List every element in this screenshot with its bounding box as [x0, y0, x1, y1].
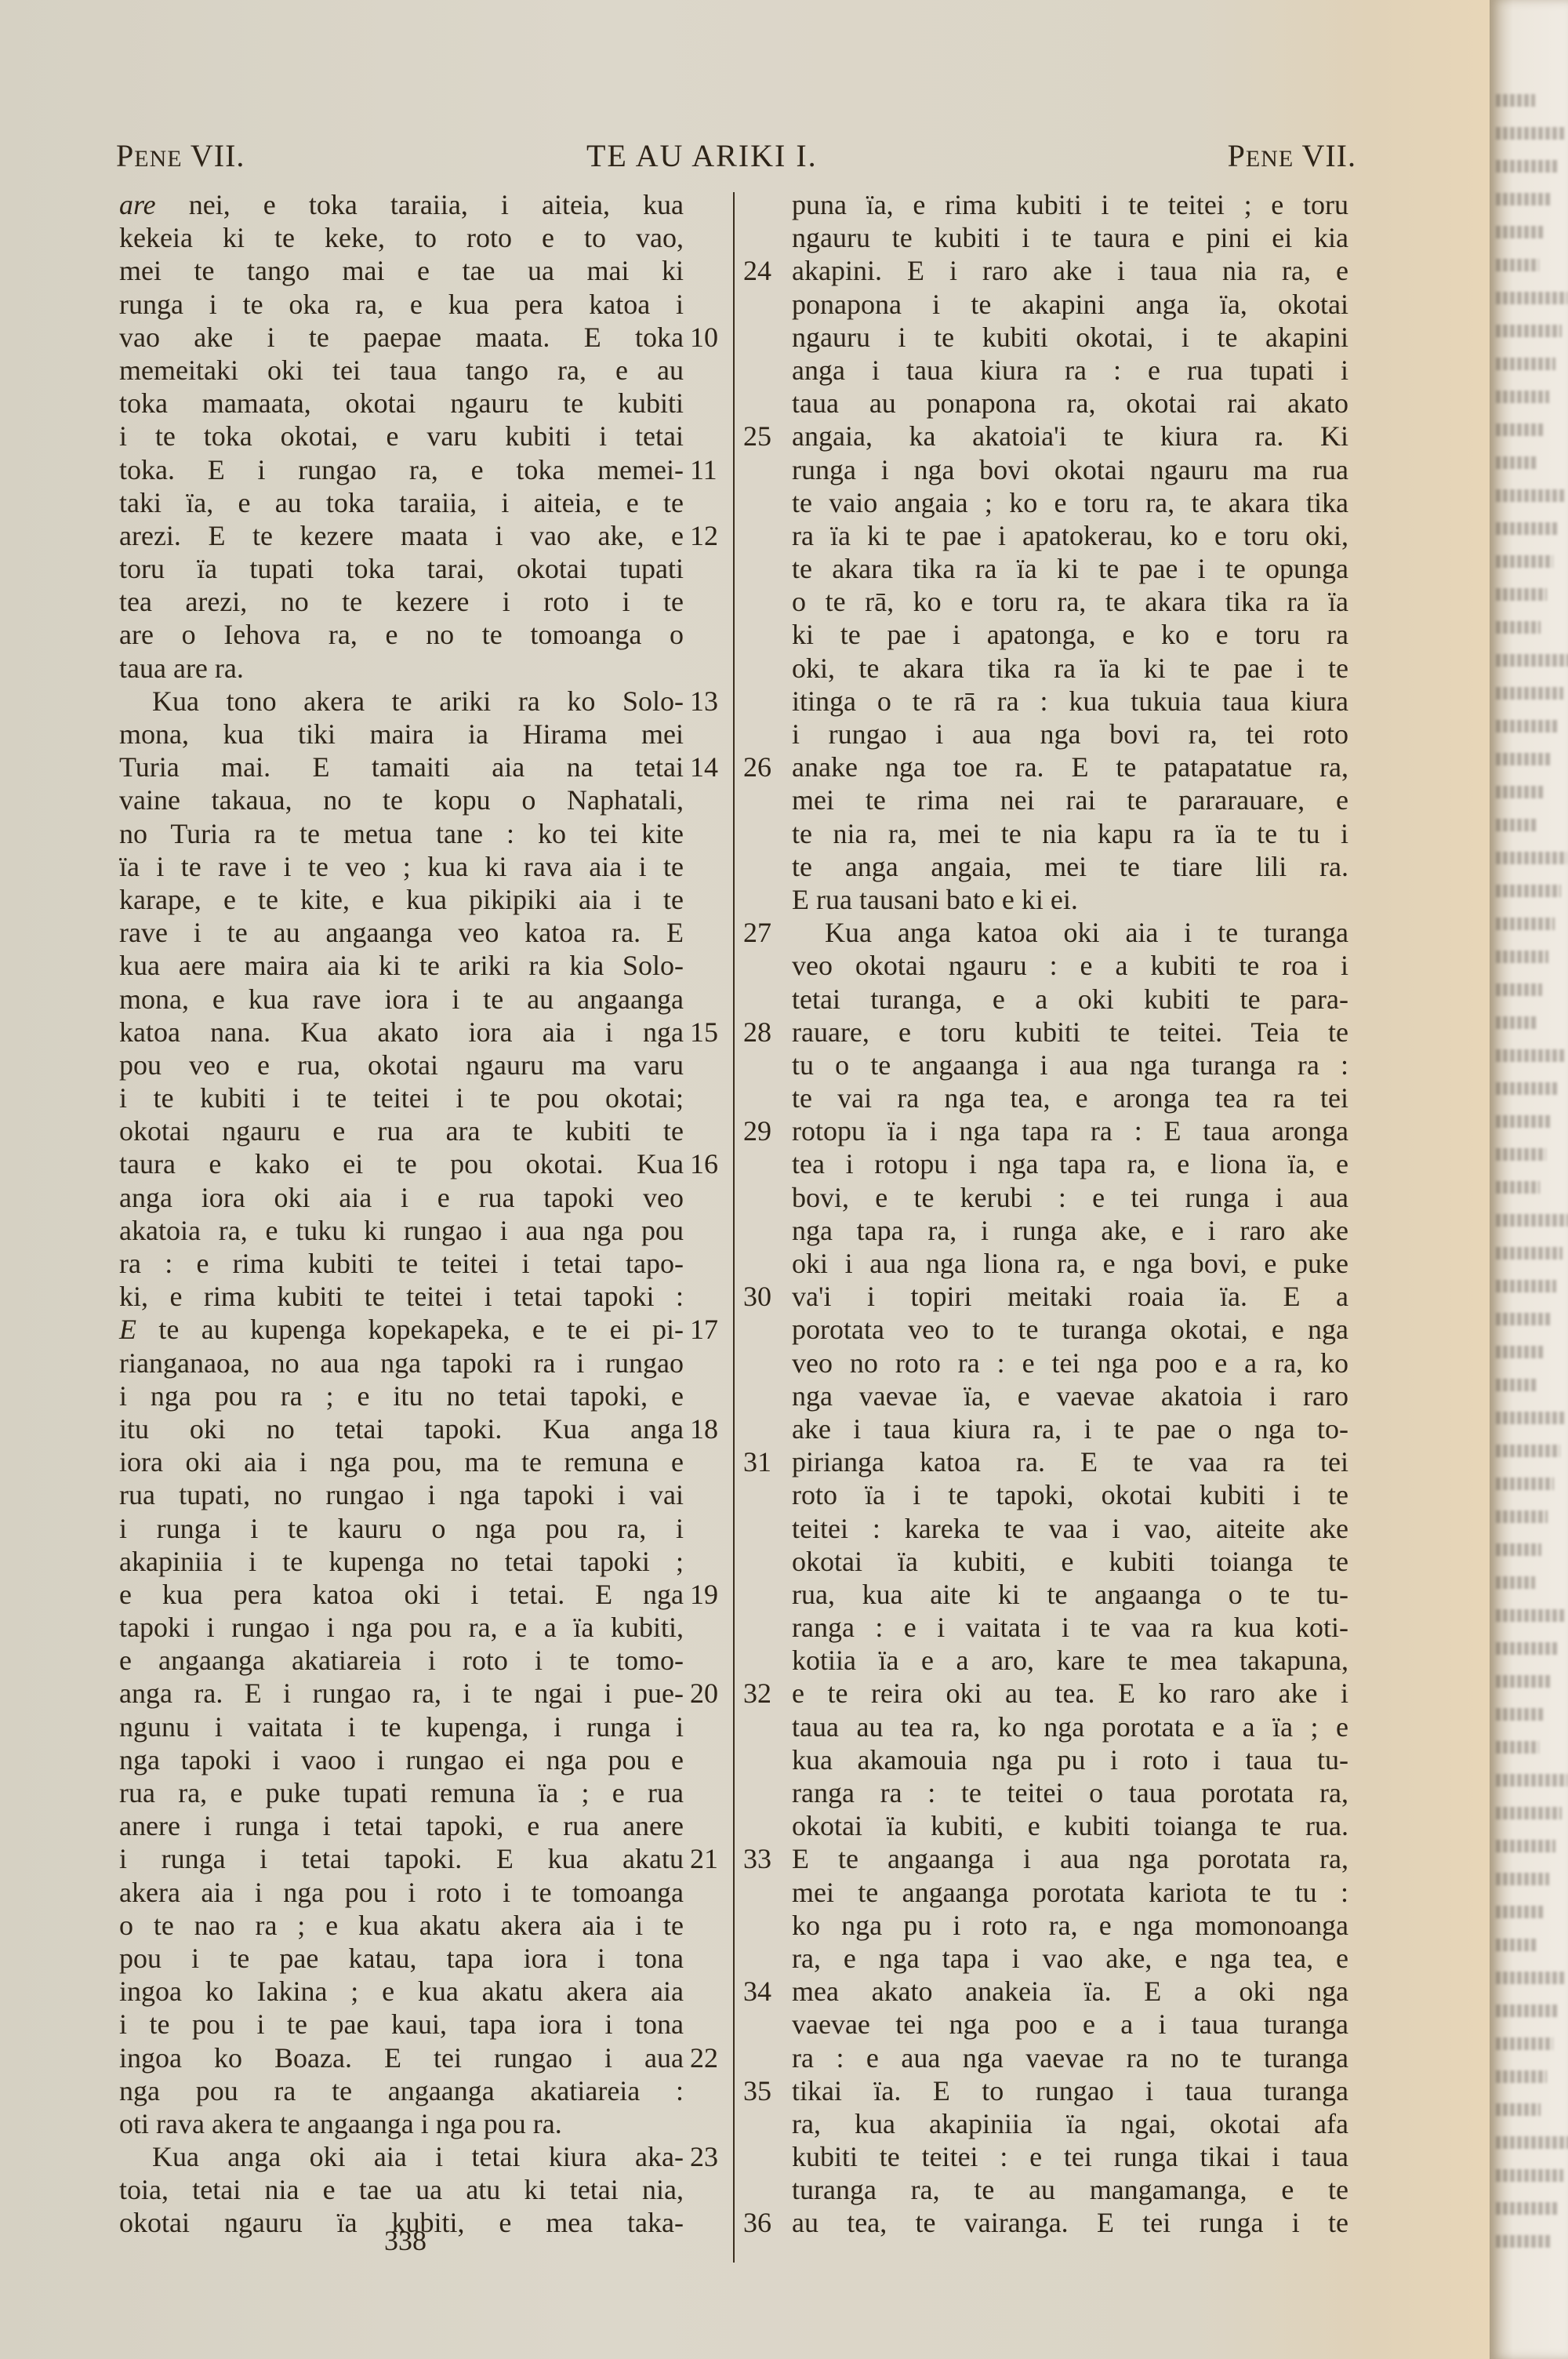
text-line: pou veo e rua, okotai ngauru ma varu [119, 1049, 684, 1081]
text-line: oki i aua nga liona ra, e nga bovi, e pu… [792, 1247, 1348, 1280]
text-line: iora oki aia i nga pou, ma te remuna e [119, 1445, 684, 1478]
blurred-line [1496, 1049, 1565, 1062]
line-text: memeitaki oki tei taua tango ra, e au [119, 354, 684, 386]
line-text: ra, e nga tapa i vao ake, e nga tea, e [792, 1943, 1348, 1974]
text-line: E te au kupenga kopekapeka, e te ei pi-1… [119, 1313, 684, 1346]
line-text: E te angaanga i aua nga porotata ra, [792, 1843, 1348, 1874]
verse-number: 18 [690, 1412, 718, 1445]
line-text: kua akamouia nga pu i roto i taua tu- [792, 1744, 1348, 1776]
line-text: veo okotai ngauru : e a kubiti te roa i [792, 950, 1348, 981]
text-line: bovi, e te kerubi : e tei runga i aua [792, 1181, 1348, 1214]
blurred-line [1496, 819, 1538, 831]
text-line: pou i te pae katau, tapa iora i tona [119, 1942, 684, 1975]
blurred-line [1496, 1379, 1537, 1391]
text-line: vao ake i te paepae maata. E toka10 [119, 321, 684, 354]
blurred-line [1496, 226, 1545, 238]
line-text: runga i te oka ra, e kua pera katoa i [119, 289, 684, 320]
line-text: ponapona i te akapini anga ïa, okotai [792, 289, 1348, 320]
adjacent-page-blurred-text [1496, 94, 1568, 2329]
text-line: no Turia ra te metua tane : ko tei kite [119, 817, 684, 850]
left-text-column: are nei, e toka taraiia, i aiteia, kuake… [119, 188, 684, 2240]
text-line: anere i runga i tetai tapoki, e rua aner… [119, 1809, 684, 1842]
blurred-line [1496, 621, 1541, 634]
verse-number: 21 [690, 1842, 718, 1875]
line-text: kua aere maira aia ki te ariki ra kia So… [119, 950, 684, 981]
blurred-line [1496, 193, 1552, 205]
text-line: o te rā, ko e toru ra, te akara tika ra … [792, 585, 1348, 618]
line-text: vaine takaua, no te kopu o Naphatali, [119, 784, 684, 816]
text-line: tikai ïa. E to rungao i taua turanga35 [792, 2074, 1348, 2107]
line-text: rua, kua aite ki te angaanga o te tu- [792, 1579, 1348, 1610]
line-text: nei, e toka taraiia, i aiteia, kua [189, 189, 684, 220]
line-text: ko nga pu i roto ra, e nga momonoanga [792, 1910, 1348, 1941]
line-text: katoa nana. Kua akato iora aia i nga [119, 1016, 684, 1048]
blurred-line [1496, 2070, 1547, 2083]
blurred-line [1496, 654, 1568, 667]
line-text: mona, kua tiki maira ia Hirama mei [119, 718, 684, 750]
blurred-line [1496, 1478, 1554, 1490]
text-line: ngunu i vaitata i te kupenga, i runga i [119, 1710, 684, 1743]
blurred-line [1496, 1939, 1537, 1951]
blurred-line [1496, 720, 1557, 732]
blurred-line [1496, 2103, 1541, 2116]
text-line: rauare, e toru kubiti te teitei. Teia te… [792, 1016, 1348, 1049]
text-line: nga pou ra te angaanga akatiareia : [119, 2074, 684, 2107]
blurred-line [1496, 1214, 1568, 1227]
line-text: oki, te akara tika ra ïa ki te pae i te [792, 652, 1348, 684]
text-line: toia, tetai nia e tae ua atu ki tetai ni… [119, 2173, 684, 2206]
line-text: veo no roto ra : e tei nga poo e a ra, k… [792, 1347, 1348, 1379]
line-text: ranga : e i vaitata i te vaa ra kua koti… [792, 1612, 1348, 1643]
text-line: taua au ponapona ra, okotai rai akato [792, 387, 1348, 420]
text-line: ngauru i te kubiti okotai, i te akapini [792, 321, 1348, 354]
text-line: E rua tausani bato e ki ei. [792, 883, 1348, 916]
blurred-line [1496, 885, 1561, 897]
line-text: anga i taua kiura ra : e rua tupati i [792, 354, 1348, 386]
column-divider-rule [733, 192, 735, 2263]
line-text: tea i rotopu i nga tapa ra, e liona ïa, … [792, 1148, 1348, 1179]
text-line: teitei : kareka te vaa i vao, aiteite ak… [792, 1512, 1348, 1545]
line-text: angaia, ka akatoia'i te kiura ra. Ki [792, 420, 1348, 452]
text-line: ranga : e i vaitata i te vaa ra kua koti… [792, 1611, 1348, 1644]
blurred-line [1496, 456, 1537, 469]
blurred-line [1496, 1807, 1562, 1819]
line-text: toka. E i rungao ra, e toka memei- [119, 454, 684, 485]
blurred-line [1496, 2037, 1553, 2050]
blurred-line [1496, 1774, 1568, 1787]
blurred-line [1496, 1148, 1546, 1161]
line-text: kotiia ïa e a aro, kare te mea takapuna, [792, 1645, 1348, 1676]
text-line: i runga i tetai tapoki. E kua akatu21 [119, 1842, 684, 1875]
text-line: e te reira oki au tea. E ko raro ake i32 [792, 1677, 1348, 1710]
text-line: i rungao i aua nga bovi ra, tei roto [792, 718, 1348, 751]
text-line: ki, e rima kubiti te teitei i tetai tapo… [119, 1280, 684, 1313]
text-line: taura e kako ei te pou okotai. Kua16 [119, 1147, 684, 1180]
text-line: kekeia ki te keke, to roto e to vao, [119, 221, 684, 254]
blurred-line [1496, 1675, 1552, 1688]
verse-number: 29 [743, 1114, 771, 1147]
line-text: vaevae tei nga poo e a i taua turanga [792, 2008, 1348, 2040]
text-line: ra, e nga tapa i vao ake, e nga tea, e [792, 1942, 1348, 1975]
line-text: okotai ïa kubiti, e kubiti toianga te [792, 1546, 1348, 1577]
text-line: kua aere maira aia ki te ariki ra kia So… [119, 949, 684, 982]
text-line: taki ïa, e au toka taraiia, i aiteia, e … [119, 486, 684, 519]
text-line: ra ïa ki te pae i apatokerau, ko e toru … [792, 519, 1348, 552]
blurred-line [1496, 1082, 1559, 1095]
text-line: akatoia ra, e tuku ki rungao i aua nga p… [119, 1214, 684, 1247]
line-text: ingoa ko Iakina ; e kua akatu akera aia [119, 1976, 684, 2007]
line-text: ra : e aua nga vaevae ra no te turanga [792, 2042, 1348, 2074]
blurred-line [1496, 2005, 1559, 2017]
text-line: oki, te akara tika ra ïa ki te pae i te [792, 652, 1348, 685]
line-text: bovi, e te kerubi : e tei runga i aua [792, 1182, 1348, 1213]
blurred-line [1496, 1609, 1564, 1622]
verse-number: 22 [690, 2041, 718, 2074]
verse-number: 23 [690, 2140, 718, 2173]
text-line: rianganaoa, no aua nga tapoki ra i runga… [119, 1347, 684, 1379]
line-text: oti rava akera te angaanga i nga pou ra. [119, 2108, 562, 2139]
line-text: te anga angaia, mei te tiare lili ra. [792, 851, 1348, 882]
text-line: itu oki no tetai tapoki. Kua anga18 [119, 1412, 684, 1445]
line-text: te vaio angaia ; ko e toru ra, te akara … [792, 487, 1348, 518]
line-text: mei te rima nei rai te pararauare, e [792, 784, 1348, 816]
line-text: akapiniia i te kupenga no tetai tapoki ; [119, 1546, 684, 1577]
text-line: anga i taua kiura ra : e rua tupati i [792, 354, 1348, 387]
text-line: te vaio angaia ; ko e toru ra, te akara … [792, 486, 1348, 519]
text-line: ponapona i te akapini anga ïa, okotai [792, 288, 1348, 321]
text-line: o te nao ra ; e kua akatu akera aia i te [119, 1909, 684, 1942]
verse-number: 24 [743, 254, 771, 287]
blurred-line [1496, 489, 1566, 502]
line-text: pou veo e rua, okotai ngauru ma varu [119, 1049, 684, 1081]
text-line: i nga pou ra ; e itu no tetai tapoki, e [119, 1379, 684, 1412]
text-line: tea i rotopu i nga tapa ra, e liona ïa, … [792, 1147, 1348, 1180]
line-text: rua tupati, no rungao i nga tapoki i vai [119, 1479, 684, 1510]
blurred-line [1496, 1247, 1563, 1259]
line-text: itinga o te rā ra : kua tukuia taua kiur… [792, 685, 1348, 717]
line-text: Kua tono akera te ariki ra ko Solo- [152, 685, 684, 717]
blurred-line [1496, 259, 1539, 271]
text-line: kotiia ïa e a aro, kare te mea takapuna, [792, 1644, 1348, 1677]
line-text: ngauru i te kubiti okotai, i te akapini [792, 322, 1348, 353]
text-line: are o Iehova ra, e no te tomoanga o [119, 618, 684, 651]
text-line: rua tupati, no rungao i nga tapoki i vai [119, 1478, 684, 1511]
text-line: i te toka okotai, e varu kubiti i tetai [119, 420, 684, 453]
text-line: vaevae tei nga poo e a i taua turanga [792, 2008, 1348, 2041]
line-text: taki ïa, e au toka taraiia, i aiteia, e … [119, 487, 684, 518]
text-line: taua are ra. [119, 652, 684, 685]
line-text: anga ra. E i rungao ra, i te ngai i pue- [119, 1677, 684, 1709]
line-text: i runga i tetai tapoki. E kua akatu [119, 1843, 684, 1874]
line-text: ïa i te rave i te veo ; kua ki rava aia … [119, 851, 684, 882]
text-line: rotopu ïa i nga tapa ra : E taua aronga2… [792, 1114, 1348, 1147]
line-text: i te pou i te pae kaui, tapa iora i tona [119, 2008, 684, 2040]
text-line: okotai ïa kubiti, e kubiti toianga te ru… [792, 1809, 1348, 1842]
line-text: o te rā, ko e toru ra, te akara tika ra … [792, 586, 1348, 617]
line-text: mei te tango mai e tae ua mai ki [119, 255, 684, 286]
text-line: runga i te oka ra, e kua pera katoa i [119, 288, 684, 321]
text-line: Kua anga oki aia i tetai kiura aka-23 [119, 2140, 684, 2173]
line-text: are o Iehova ra, e no te tomoanga o [119, 619, 684, 650]
text-line: E te angaanga i aua nga porotata ra,33 [792, 1842, 1348, 1875]
blurred-line [1496, 1346, 1544, 1358]
text-line: pirianga katoa ra. E te vaa ra tei31 [792, 1445, 1348, 1478]
line-text: taua au ponapona ra, okotai rai akato [792, 387, 1348, 419]
line-text: okotai ngauru e rua ara te kubiti te [119, 1115, 684, 1147]
text-line: te anga angaia, mei te tiare lili ra. [792, 850, 1348, 883]
line-text: arezi. E te kezere maata i vao ake, e [119, 520, 684, 551]
verse-number: 10 [690, 321, 718, 354]
text-line: ingoa ko Boaza. E tei rungao i aua22 [119, 2041, 684, 2074]
line-text: rotopu ïa i nga tapa ra : E taua aronga [792, 1115, 1348, 1147]
blurred-line [1496, 1840, 1555, 1852]
verse-number: 25 [743, 420, 771, 453]
text-line: mei te tango mai e tae ua mai ki [119, 254, 684, 287]
text-line: ko nga pu i roto ra, e nga momonoanga [792, 1909, 1348, 1942]
line-text: porotata veo to te turanga okotai, e nga [792, 1314, 1348, 1345]
text-line: okotai ïa kubiti, e kubiti toianga te [792, 1545, 1348, 1578]
line-text: toru ïa tupati toka tarai, okotai tupati [119, 553, 684, 584]
line-text: puna ïa, e rima kubiti i te teitei ; e t… [792, 189, 1348, 220]
line-text: o te nao ra ; e kua akatu akera aia i te [119, 1910, 684, 1941]
blurred-line [1496, 852, 1567, 864]
line-text: rauare, e toru kubiti te teitei. Teia te [792, 1016, 1348, 1048]
blurred-line [1496, 753, 1551, 765]
text-line: veo no roto ra : e tei nga poo e a ra, k… [792, 1347, 1348, 1379]
line-text: ngauru te kubiti i te taura e pini ei ki… [792, 222, 1348, 253]
text-line: toka mamaata, okotai ngauru te kubiti [119, 387, 684, 420]
line-text: ake i taua kiura ra, i te pae o nga to- [792, 1413, 1348, 1445]
text-line: rua, kua aite ki te angaanga o te tu- [792, 1578, 1348, 1611]
blurred-line [1496, 358, 1555, 370]
chapter-label-right: PENE VII. [1228, 137, 1356, 174]
line-text: iora oki aia i nga pou, ma te remuna e [119, 1446, 684, 1478]
text-line: okotai ngauru e rua ara te kubiti te [119, 1114, 684, 1147]
blurred-line [1496, 983, 1542, 996]
blurred-line [1496, 687, 1563, 700]
text-line: rave i te au angaanga veo katoa ra. E [119, 916, 684, 949]
text-line: karape, e te kite, e kua pikipiki aia i … [119, 883, 684, 916]
chapter-label-left: PENE VII. [116, 137, 245, 174]
verse-number: 28 [743, 1016, 771, 1049]
verse-number: 11 [690, 453, 717, 486]
text-line: itinga o te rā ra : kua tukuia taua kiur… [792, 685, 1348, 718]
text-line: puna ïa, e rima kubiti i te teitei ; e t… [792, 188, 1348, 221]
blurred-line [1496, 325, 1562, 337]
line-text: rianganaoa, no aua nga tapoki ra i runga… [119, 1347, 684, 1379]
verse-number: 14 [690, 751, 718, 783]
line-text: ra : e rima kubiti te teitei i tetai tap… [119, 1248, 684, 1279]
text-line: anake nga toe ra. E te patapatatue ra,26 [792, 751, 1348, 783]
line-text: ki, e rima kubiti te teitei i tetai tapo… [119, 1281, 684, 1312]
line-text: turanga ra, te au mangamanga, e te [792, 2174, 1348, 2205]
line-text: toia, tetai nia e tae ua atu ki tetai ni… [119, 2174, 684, 2205]
blurred-line [1496, 1445, 1560, 1457]
text-line: mona, kua tiki maira ia Hirama mei [119, 718, 684, 751]
line-text: i te toka okotai, e varu kubiti i tetai [119, 420, 684, 452]
text-line: rua ra, e puke tupati remuna ïa ; e rua [119, 1776, 684, 1809]
text-line: te vai ra nga tea, e aronga tea ra tei [792, 1081, 1348, 1114]
text-line: taua au tea ra, ko nga porotata e a ïa ;… [792, 1710, 1348, 1743]
verse-number: 34 [743, 1975, 771, 2008]
line-text: teitei : kareka te vaa i vao, aiteite ak… [792, 1513, 1348, 1544]
line-text: e kua pera katoa oki i tetai. E nga [119, 1579, 684, 1610]
text-line: ra, kua akapiniia ïa ngai, okotai afa [792, 2107, 1348, 2140]
text-line: tetai turanga, e a oki kubiti te para- [792, 983, 1348, 1016]
text-line: ake i taua kiura ra, i te pae o nga to- [792, 1412, 1348, 1445]
running-header: PENE VII. TE AU ARIKI I. PENE VII. [116, 137, 1356, 176]
verse-number: 32 [743, 1677, 771, 1710]
blurred-line [1496, 1510, 1548, 1523]
line-text: taura e kako ei te pou okotai. Kua [119, 1148, 684, 1179]
line-text: ki te pae i apatonga, e ko e toru ra [792, 619, 1348, 650]
text-line: va'i i topiri meitaki roaia ïa. E a30 [792, 1280, 1348, 1313]
text-line: anga iora oki aia i e rua tapoki veo [119, 1181, 684, 1214]
blurred-line [1496, 786, 1544, 798]
verse-number: 17 [690, 1313, 718, 1346]
line-text: Turia mai. E tamaiti aia na tetai [119, 751, 684, 783]
line-text: i rungao i aua nga bovi ra, tei roto [792, 718, 1348, 750]
line-text: ra, kua akapiniia ïa ngai, okotai afa [792, 2108, 1348, 2139]
line-text: i nga pou ra ; e itu no tetai tapoki, e [119, 1380, 684, 1412]
blurred-line [1496, 1708, 1545, 1721]
blurred-line [1496, 522, 1559, 535]
text-line: ranga ra : te teitei o taua porotata ra, [792, 1776, 1348, 1809]
line-text: mei te angaanga porotata kariota te tu : [792, 1877, 1348, 1908]
blurred-line [1496, 127, 1564, 140]
blurred-line [1496, 1741, 1539, 1754]
blurred-line [1496, 2202, 1557, 2215]
line-text: okotai ïa kubiti, e kubiti toianga te ru… [792, 1810, 1348, 1841]
text-line: au tea, te vairanga. E tei runga i te36 [792, 2206, 1348, 2239]
blurred-line [1496, 555, 1553, 568]
text-line: akera aia i nga pou i roto i te tomoanga [119, 1876, 684, 1909]
verse-number: 12 [690, 519, 718, 552]
line-text: akera aia i nga pou i roto i te tomoanga [119, 1877, 684, 1908]
text-line: tea arezi, no te kezere i roto i te [119, 585, 684, 618]
blurred-line [1496, 1576, 1535, 1589]
line-text: nga tapoki i vaoo i rungao ei nga pou e [119, 1744, 684, 1776]
italic-span: are [119, 189, 189, 220]
blurred-line [1496, 1972, 1566, 1984]
text-line: turanga ra, te au mangamanga, e te [792, 2173, 1348, 2206]
line-text: nga pou ra te angaanga akatiareia : [119, 2075, 684, 2106]
text-line: toka. E i rungao ra, e toka memei-11 [119, 453, 684, 486]
line-text: roto ïa i te tapoki, okotai kubiti i te [792, 1479, 1348, 1510]
text-line: Kua tono akera te ariki ra ko Solo-13 [119, 685, 684, 718]
text-line: veo okotai ngauru : e a kubiti te roa i [792, 949, 1348, 982]
verse-number: 26 [743, 751, 771, 783]
line-text: itu oki no tetai tapoki. Kua anga [119, 1413, 684, 1445]
blurred-line [1496, 2235, 1551, 2248]
blurred-line [1496, 918, 1555, 930]
text-line: memeitaki oki tei taua tango ra, e au [119, 354, 684, 387]
line-text: kekeia ki te keke, to roto e to vao, [119, 222, 684, 253]
blurred-line [1496, 2136, 1568, 2149]
verse-number: 31 [743, 1445, 771, 1478]
text-line: are nei, e toka taraiia, i aiteia, kua [119, 188, 684, 221]
blurred-line [1496, 588, 1547, 601]
blurred-line [1496, 423, 1543, 436]
text-line: nga tapoki i vaoo i rungao ei nga pou e [119, 1743, 684, 1776]
text-line: mei te rima nei rai te pararauare, e [792, 783, 1348, 816]
text-line: anga ra. E i rungao ra, i te ngai i pue-… [119, 1677, 684, 1710]
text-line: te nia ra, mei te nia kapu ra ïa te tu i [792, 817, 1348, 850]
line-text: mona, e kua rave iora i te au angaanga [119, 983, 684, 1015]
blurred-line [1496, 1642, 1558, 1655]
line-text: Kua anga oki aia i tetai kiura aka- [152, 2141, 684, 2172]
line-text: E rua tausani bato e ki ei. [792, 884, 1078, 915]
text-line: te akara tika ra ïa ki te pae i te opung… [792, 552, 1348, 585]
line-text: vao ake i te paepae maata. E toka [119, 322, 684, 353]
line-text: tea arezi, no te kezere i roto i te [119, 586, 684, 617]
line-text: mea akato anakeia ïa. E a oki nga [792, 1976, 1348, 2007]
text-line: ki te pae i apatonga, e ko e toru ra [792, 618, 1348, 651]
text-line: tu o te angaanga i aua nga turanga ra : [792, 1049, 1348, 1081]
line-text: ranga ra : te teitei o taua porotata ra, [792, 1777, 1348, 1808]
text-line: mei te angaanga porotata kariota te tu : [792, 1876, 1348, 1909]
text-line: Kua anga katoa oki aia i te turanga27 [792, 916, 1348, 949]
line-text: tapoki i rungao i nga pou ra, e a ïa kub… [119, 1612, 684, 1643]
line-text: anake nga toe ra. E te patapatatue ra, [792, 751, 1348, 783]
verse-number: 35 [743, 2074, 771, 2107]
text-line: toru ïa tupati toka tarai, okotai tupati [119, 552, 684, 585]
line-text: e angaanga akatiareia i roto i te tomo- [119, 1645, 684, 1676]
text-line: e kua pera katoa oki i tetai. E nga19 [119, 1578, 684, 1611]
line-text: va'i i topiri meitaki roaia ïa. E a [792, 1281, 1348, 1312]
blurred-line [1496, 1115, 1552, 1128]
line-text: taua au tea ra, ko nga porotata e a ïa ;… [792, 1711, 1348, 1743]
line-text: i runga i te kauru o nga pou ra, i [119, 1513, 684, 1544]
text-line: ïa i te rave i te veo ; kua ki rava aia … [119, 850, 684, 883]
blurred-line [1496, 1181, 1540, 1194]
line-text: te akara tika ra ïa ki te pae i te opung… [792, 553, 1348, 584]
line-text: Kua anga katoa oki aia i te turanga [825, 917, 1348, 948]
text-line: ra : e aua nga vaevae ra no te turanga [792, 2041, 1348, 2074]
verse-number: 27 [743, 916, 771, 949]
blurred-line [1496, 1412, 1566, 1424]
line-text: tikai ïa. E to rungao i taua turanga [792, 2075, 1348, 2106]
line-text: ra ïa ki te pae i apatokerau, ko e toru … [792, 520, 1348, 551]
text-line: Turia mai. E tamaiti aia na tetai14 [119, 751, 684, 783]
text-line: vaine takaua, no te kopu o Naphatali, [119, 783, 684, 816]
line-text: ingoa ko Boaza. E tei rungao i aua [119, 2042, 684, 2074]
line-text: oki i aua nga liona ra, e nga bovi, e pu… [792, 1248, 1348, 1279]
line-text: toka mamaata, okotai ngauru te kubiti [119, 387, 684, 419]
verse-number: 16 [690, 1147, 718, 1180]
line-text: taua are ra. [119, 652, 244, 684]
text-line: angaia, ka akatoia'i te kiura ra. Ki25 [792, 420, 1348, 453]
text-line: ingoa ko Iakina ; e kua akatu akera aia [119, 1975, 684, 2008]
text-line: porotata veo to te turanga okotai, e nga [792, 1313, 1348, 1346]
text-line: roto ïa i te tapoki, okotai kubiti i te [792, 1478, 1348, 1511]
blurred-line [1496, 1873, 1549, 1885]
line-text: karape, e te kite, e kua pikipiki aia i … [119, 884, 684, 915]
blurred-line [1496, 951, 1548, 963]
text-line: nga tapa ra, i runga ake, e i raro ake [792, 1214, 1348, 1247]
line-text: nga tapa ra, i runga ake, e i raro ake [792, 1215, 1348, 1246]
text-line: mea akato anakeia ïa. E a oki nga34 [792, 1975, 1348, 2008]
line-text: akatoia ra, e tuku ki rungao i aua nga p… [119, 1215, 684, 1246]
line-text: runga i nga bovi okotai ngauru ma rua [792, 454, 1348, 485]
line-text: no Turia ra te metua tane : ko tei kite [119, 818, 684, 849]
line-text: pou i te pae katau, tapa iora i tona [119, 1943, 684, 1974]
verse-number: 15 [690, 1016, 718, 1049]
text-line: ngauru te kubiti i te taura e pini ei ki… [792, 221, 1348, 254]
blurred-line [1496, 1906, 1543, 1918]
blurred-line [1496, 160, 1558, 173]
verse-number: 19 [690, 1578, 718, 1611]
